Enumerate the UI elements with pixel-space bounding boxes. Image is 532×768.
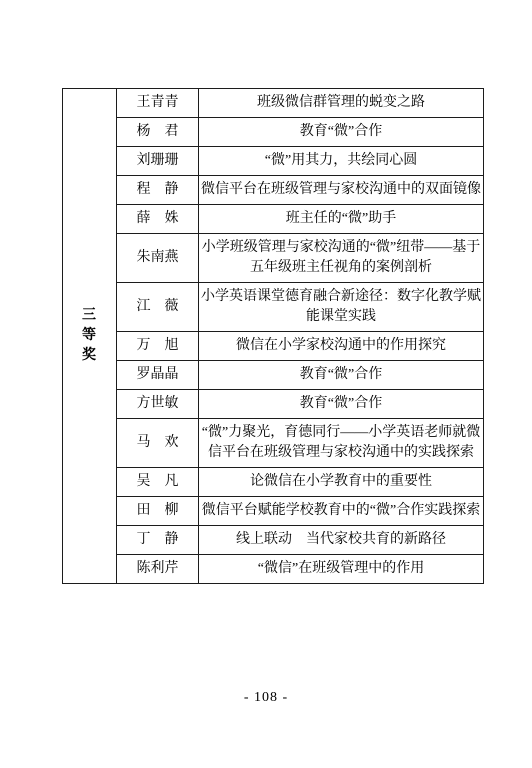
work-title: 教育“微”合作 [199,118,484,147]
work-title: 班主任的“微”助手 [199,205,484,234]
table-row: 程 静 微信平台在班级管理与家校沟通中的双面镜像 [63,176,484,205]
awardee-name: 陈利芹 [117,555,199,584]
awardee-name: 程 静 [117,176,199,205]
work-title: 教育“微”合作 [199,361,484,390]
awardee-name: 朱南燕 [117,234,199,283]
table-row: 方世敏 教育“微”合作 [63,390,484,419]
table-row: 江 薇 小学英语课堂德育融合新途径：数字化教学赋能课堂实践 [63,283,484,332]
awardee-name: 薛 姝 [117,205,199,234]
work-title: 论微信在小学教育中的重要性 [199,468,484,497]
table-row: 薛 姝 班主任的“微”助手 [63,205,484,234]
work-title: 线上联动 当代家校共育的新路径 [199,526,484,555]
table-row: 刘珊珊 “微”用其力，共绘同心圆 [63,147,484,176]
table-row: 吴 凡 论微信在小学教育中的重要性 [63,468,484,497]
table-row: 万 旭 微信在小学家校沟通中的作用探究 [63,332,484,361]
table-row: 三 等 奖 王青青 班级微信群管理的蜕变之路 [63,89,484,118]
awardee-name: 罗晶晶 [117,361,199,390]
document-page: 三 等 奖 王青青 班级微信群管理的蜕变之路 杨 君 教育“微”合作 刘珊珊 “… [0,0,532,768]
awardee-name: 丁 静 [117,526,199,555]
work-title: “微”用其力，共绘同心圆 [199,147,484,176]
work-title: “微信”在班级管理中的作用 [199,555,484,584]
awardee-name: 刘珊珊 [117,147,199,176]
work-title: 微信在小学家校沟通中的作用探究 [199,332,484,361]
award-table: 三 等 奖 王青青 班级微信群管理的蜕变之路 杨 君 教育“微”合作 刘珊珊 “… [62,88,484,584]
awardee-name: 吴 凡 [117,468,199,497]
awardee-name: 王青青 [117,89,199,118]
work-title: “微”力聚光，育德同行——小学英语老师就微信平台在班级管理与家校沟通中的实践探索 [199,419,484,468]
awardee-name: 杨 君 [117,118,199,147]
work-title: 微信平台在班级管理与家校沟通中的双面镜像 [199,176,484,205]
awardee-name: 马 欢 [117,419,199,468]
awardee-name: 方世敏 [117,390,199,419]
award-table-body: 三 等 奖 王青青 班级微信群管理的蜕变之路 杨 君 教育“微”合作 刘珊珊 “… [63,89,484,584]
awardee-name: 万 旭 [117,332,199,361]
work-title: 小学班级管理与家校沟通的“微”纽带——基于五年级班主任视角的案例剖析 [199,234,484,283]
awardee-name: 田 柳 [117,497,199,526]
table-row: 田 柳 微信平台赋能学校教育中的“微”合作实践探索 [63,497,484,526]
table-row: 杨 君 教育“微”合作 [63,118,484,147]
work-title: 小学英语课堂德育融合新途径：数字化教学赋能课堂实践 [199,283,484,332]
table-row: 马 欢 “微”力聚光，育德同行——小学英语老师就微信平台在班级管理与家校沟通中的… [63,419,484,468]
table-row: 朱南燕 小学班级管理与家校沟通的“微”纽带——基于五年级班主任视角的案例剖析 [63,234,484,283]
awardee-name: 江 薇 [117,283,199,332]
work-title: 班级微信群管理的蜕变之路 [199,89,484,118]
table-row: 罗晶晶 教育“微”合作 [63,361,484,390]
work-title: 微信平台赋能学校教育中的“微”合作实践探索 [199,497,484,526]
table-row: 丁 静 线上联动 当代家校共育的新路径 [63,526,484,555]
work-title: 教育“微”合作 [199,390,484,419]
page-number: - 108 - [0,690,532,706]
award-category-cell: 三 等 奖 [63,89,117,584]
table-row: 陈利芹 “微信”在班级管理中的作用 [63,555,484,584]
